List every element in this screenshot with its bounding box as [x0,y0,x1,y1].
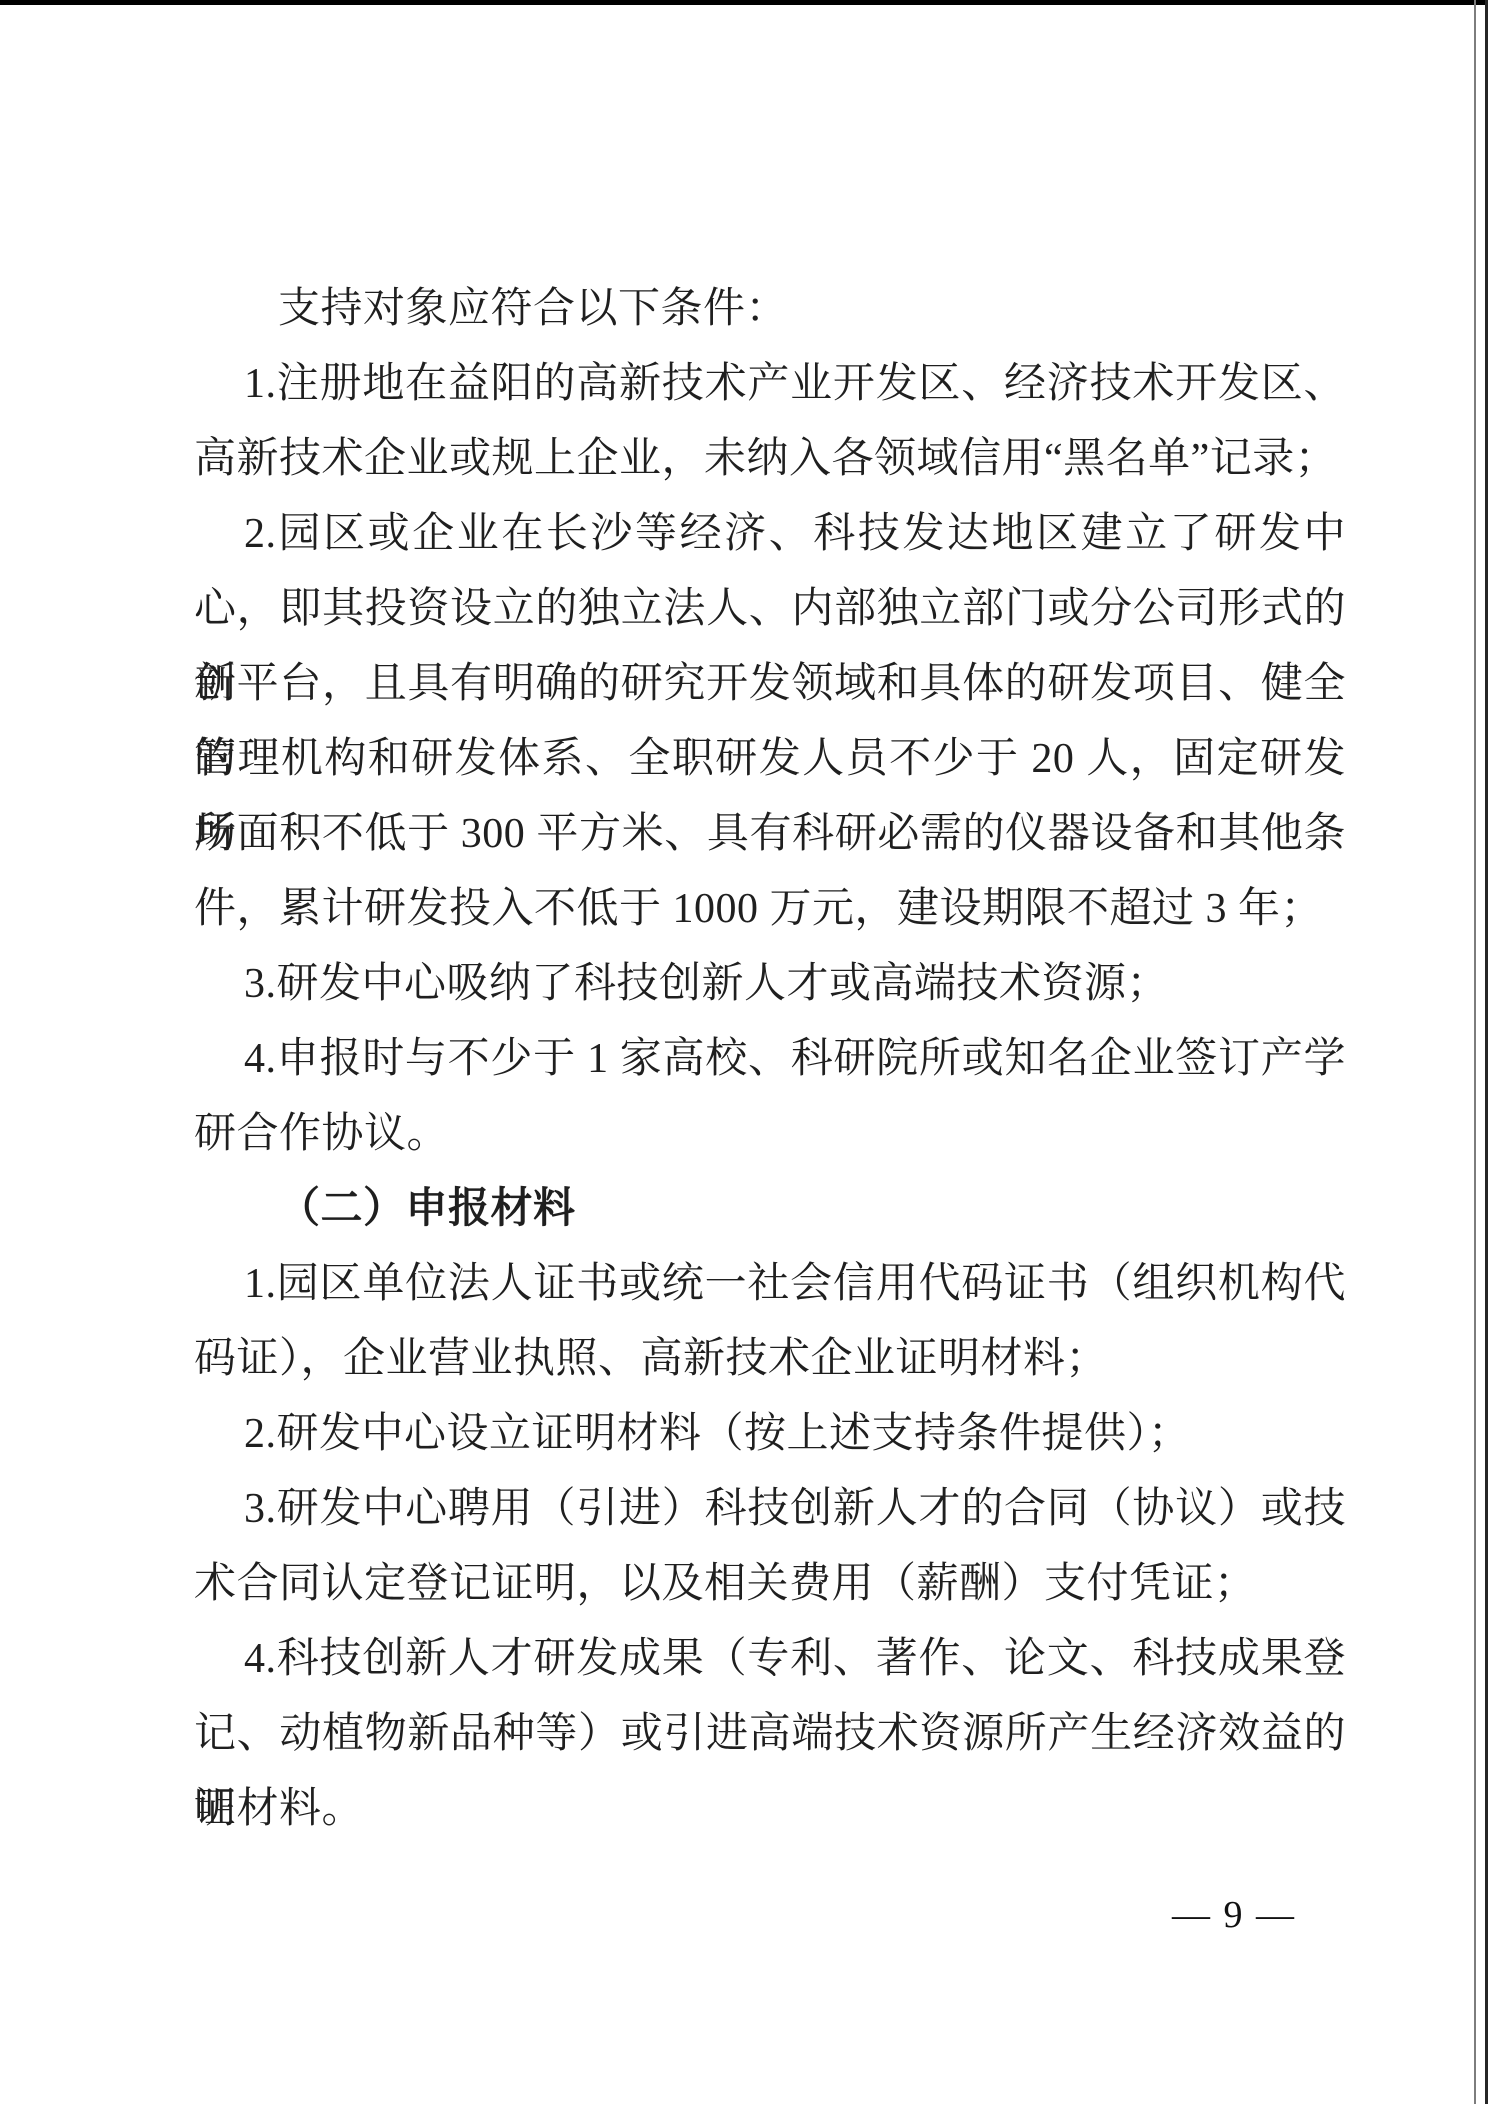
text-line: 2.研发中心设立证明材料（按上述支持条件提供）； [194,1397,1346,1472]
text-line: 明材料。 [194,1772,1346,1847]
text-line: 术合同认定登记证明，以及相关费用（薪酬）支付凭证； [194,1547,1346,1622]
text-line: 码证），企业营业执照、高新技术企业证明材料； [194,1322,1346,1397]
text-line: 1.园区单位法人证书或统一社会信用代码证书（组织机构代 [194,1247,1346,1322]
text-line: 3.研发中心吸纳了科技创新人才或高端技术资源； [194,947,1346,1022]
scan-artifact-top-edge [0,0,1488,5]
text-line: 4.科技创新人才研发成果（专利、著作、论文、科技成果登 [194,1622,1346,1697]
text-line: 管理机构和研发体系、全职研发人员不少于 20 人，固定研发场 [194,722,1346,797]
text-line: 新平台，且具有明确的研究开发领域和具体的研发项目、健全的 [194,647,1346,722]
document-page: 支持对象应符合以下条件：1.注册地在益阳的高新技术产业开发区、经济技术开发区、高… [0,0,1488,2104]
text-line: 3.研发中心聘用（引进）科技创新人才的合同（协议）或技 [194,1472,1346,1547]
text-line: 高新技术企业或规上企业，未纳入各领域信用“黑名单”记录； [194,422,1346,497]
text-line: 支持对象应符合以下条件： [194,272,1346,347]
text-line: 研合作协议。 [194,1097,1346,1172]
text-line: 件，累计研发投入不低于 1000 万元，建设期限不超过 3 年； [194,872,1346,947]
document-body: 支持对象应符合以下条件：1.注册地在益阳的高新技术产业开发区、经济技术开发区、高… [194,272,1346,1847]
text-line: 所面积不低于 300 平方米、具有科研必需的仪器设备和其他条 [194,797,1346,872]
text-line: 1.注册地在益阳的高新技术产业开发区、经济技术开发区、 [194,347,1346,422]
text-line: 2.园区或企业在长沙等经济、科技发达地区建立了研发中 [194,497,1346,572]
page-number: — 9 — [1172,1893,1296,1938]
text-line: 心，即其投资设立的独立法人、内部独立部门或分公司形式的创 [194,572,1346,647]
scan-artifact-vertical-line [1474,0,1476,2104]
text-line: 记、动植物新品种等）或引进高端技术资源所产生经济效益的证 [194,1697,1346,1772]
text-line: 4.申报时与不少于 1 家高校、科研院所或知名企业签订产学 [194,1022,1346,1097]
text-line: （二）申报材料 [194,1172,1346,1247]
